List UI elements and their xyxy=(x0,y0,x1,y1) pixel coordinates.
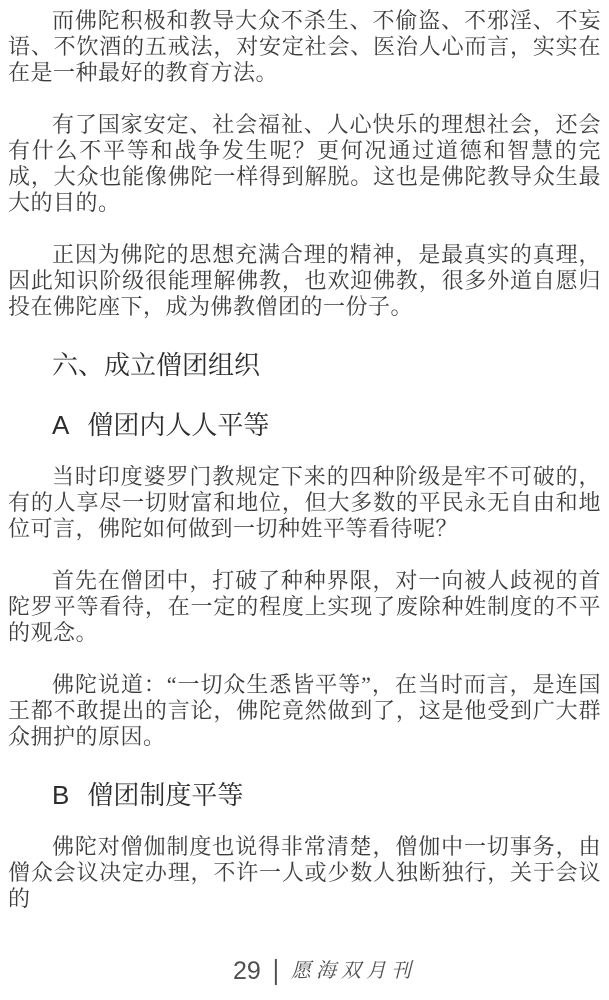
subsection-a-letter: A xyxy=(52,410,69,440)
page-number: 29 xyxy=(233,956,261,986)
page-footer: 29 | 愿海双月刊 xyxy=(20,956,609,986)
document-page: 而佛陀积极和教导大众不杀生、不偷盗、不邪淫、不妄语、不饮酒的五戒法，对安定社会、… xyxy=(0,0,609,1000)
subsection-a-title: 僧团内人人平等 xyxy=(87,410,269,440)
section-heading-sangha-organization: 六、成立僧团组织 xyxy=(52,350,601,380)
paragraph-breaking-boundaries: 首先在僧团中，打破了种种界限，对一向被人歧视的首陀罗平等看待，在一定的程度上实现… xyxy=(8,568,601,646)
subsection-heading-b: B僧团制度平等 xyxy=(52,780,601,810)
paragraph-ideal-society: 有了国家安定、社会福祉、人心快乐的理想社会，还会有什么不平等和战争发生呢？更何况… xyxy=(8,112,601,216)
paragraph-five-precepts: 而佛陀积极和教导大众不杀生、不偷盗、不邪淫、不妄语、不饮酒的五戒法，对安定社会、… xyxy=(8,8,601,86)
subsection-heading-a: A僧团内人人平等 xyxy=(52,410,601,440)
subsection-b-letter: B xyxy=(52,780,69,810)
subsection-b-title: 僧团制度平等 xyxy=(87,780,243,810)
paragraph-all-beings-equal: 佛陀说道：“一切众生悉皆平等”，在当时而言，是连国王都不敢提出的言论，佛陀竟然做… xyxy=(8,672,601,750)
paragraph-rational-spirit: 正因为佛陀的思想充满合理的精神，是最真实的真理，因此知识阶级很能理解佛教，也欢迎… xyxy=(8,242,601,320)
paragraph-sangha-rules: 佛陀对僧伽制度也说得非常清楚，僧伽中一切事务，由僧众会议决定办理，不许一人或少数… xyxy=(8,834,601,912)
footer-divider-line: | xyxy=(273,954,279,989)
journal-name: 愿海双月刊 xyxy=(291,956,416,986)
paragraph-caste-system: 当时印度婆罗门教规定下来的四种阶级是牢不可破的，有的人享尽一切财富和地位，但大多… xyxy=(8,464,601,542)
